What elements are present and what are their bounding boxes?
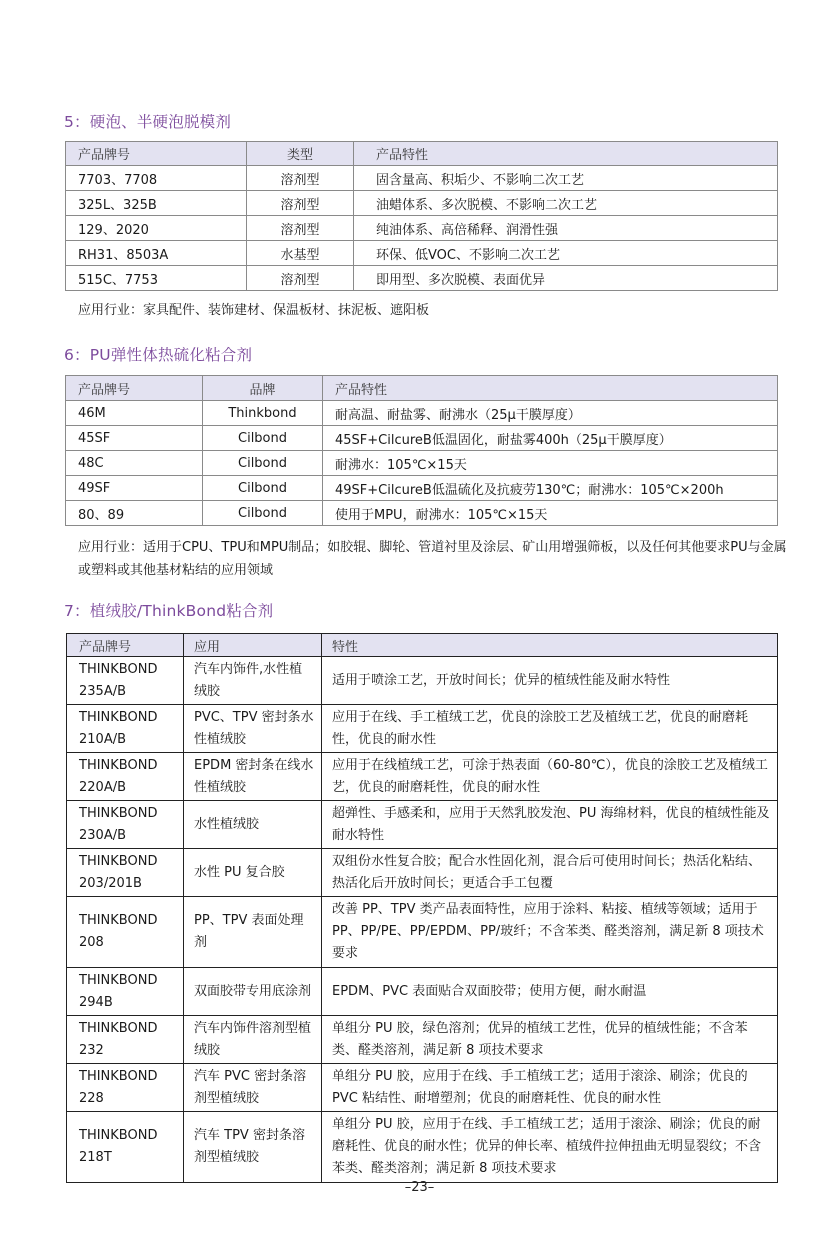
cell-code: 46M (66, 401, 203, 426)
section-6-title: 6：PU弹性体热硫化粘合剂 (64, 343, 252, 365)
cell-type: 溶剂型 (247, 266, 354, 291)
cell-features: 单组分 PU 胶，应用于在线、手工植绒工艺；适用于滚涂、刷涂；优良的 PVC 粘… (322, 1064, 778, 1112)
header-type: 类型 (247, 142, 354, 166)
table-row: THINKBOND 228 汽车 PVC 密封条溶剂型植绒胶 单组分 PU 胶，… (67, 1064, 778, 1112)
cell-type: 溶剂型 (247, 191, 354, 216)
section-6-table: 产品牌号 品牌 产品特性 46M Thinkbond 耐高温、耐盐雾、耐沸水（2… (65, 375, 778, 526)
table-row: 7703、7708 溶剂型 固含量高、积垢少、不影响二次工艺 (66, 166, 778, 191)
cell-type: 溶剂型 (247, 166, 354, 191)
cell-application: EPDM 密封条在线水性植绒胶 (184, 753, 322, 801)
table-row: 515C、7753 溶剂型 即用型、多次脱模、表面优异 (66, 266, 778, 291)
table-row: 129、2020 溶剂型 纯油体系、高倍稀释、润滑性强 (66, 216, 778, 241)
table-row: THINKBOND 203/201B 水性 PU 复合胶 双组份水性复合胶；配合… (67, 849, 778, 897)
table-row: 325L、325B 溶剂型 油蜡体系、多次脱模、不影响二次工艺 (66, 191, 778, 216)
table-row: THINKBOND 210A/B PVC、TPV 密封条水性植绒胶 应用于在线、… (67, 705, 778, 753)
cell-features: 单组分 PU 胶，绿色溶剂；优异的植绒工艺性，优异的植绒性能；不含苯类、醛类溶剂… (322, 1016, 778, 1064)
table-row: 48C Cilbond 耐沸水：105℃×15天 (66, 451, 778, 476)
cell-features: 耐沸水：105℃×15天 (323, 451, 778, 476)
cell-application: 水性 PU 复合胶 (184, 849, 322, 897)
cell-code: RH31、8503A (66, 241, 247, 266)
cell-features: 耐高温、耐盐雾、耐沸水（25μ干膜厚度） (323, 401, 778, 426)
cell-features: 油蜡体系、多次脱模、不影响二次工艺 (354, 191, 778, 216)
table-row: 49SF Cilbond 49SF+CilcureB低温硫化及抗疲劳130℃；耐… (66, 476, 778, 501)
cell-code: 48C (66, 451, 203, 476)
header-brand: 品牌 (203, 376, 323, 401)
header-application: 应用 (184, 634, 322, 657)
table-header-row: 产品牌号 应用 特性 (67, 634, 778, 657)
section-5-table: 产品牌号 类型 产品特性 7703、7708 溶剂型 固含量高、积垢少、不影响二… (65, 141, 778, 291)
table-row: THINKBOND 218T 汽车 TPV 密封条溶剂型植绒胶 单组分 PU 胶… (67, 1112, 778, 1183)
cell-application: 汽车内饰件,水性植绒胶 (184, 657, 322, 705)
header-features: 特性 (322, 634, 778, 657)
table-row: THINKBOND 232 汽车内饰件溶剂型植绒胶 单组分 PU 胶，绿色溶剂；… (67, 1016, 778, 1064)
table-row: THINKBOND 235A/B 汽车内饰件,水性植绒胶 适用于喷涂工艺，开放时… (67, 657, 778, 705)
cell-brand: Cilbond (203, 476, 323, 501)
cell-code: THINKBOND 203/201B (67, 849, 184, 897)
header-product-code: 产品牌号 (67, 634, 184, 657)
section-6-application: 应用行业：适用于CPU、TPU和MPU制品；如胶辊、脚轮、管道衬里及涂层、矿山用… (78, 536, 788, 582)
cell-brand: Cilbond (203, 426, 323, 451)
cell-code: 49SF (66, 476, 203, 501)
cell-code: 325L、325B (66, 191, 247, 216)
header-features: 产品特性 (323, 376, 778, 401)
section-7-title: 7：植绒胶/ThinkBond粘合剂 (64, 599, 273, 621)
cell-application: 汽车 PVC 密封条溶剂型植绒胶 (184, 1064, 322, 1112)
table-row: 80、89 Cilbond 使用于MPU，耐沸水：105℃×15天 (66, 501, 778, 526)
document-page: 5：硬泡、半硬泡脱模剂 产品牌号 类型 产品特性 7703、7708 溶剂型 固… (0, 0, 839, 1240)
cell-code: 129、2020 (66, 216, 247, 241)
table-header-row: 产品牌号 类型 产品特性 (66, 142, 778, 166)
cell-features: EPDM、PVC 表面贴合双面胶带；使用方便，耐水耐温 (322, 968, 778, 1016)
table-row: 45SF Cilbond 45SF+CilcureB低温固化，耐盐雾400h（2… (66, 426, 778, 451)
cell-features: 超弹性、手感柔和，应用于天然乳胶发泡、PU 海绵材料，优良的植绒性能及耐水特性 (322, 801, 778, 849)
cell-features: 应用于在线植绒工艺，可涂于热表面（60-80℃），优良的涂胶工艺及植绒工艺，优良… (322, 753, 778, 801)
cell-application: 水性植绒胶 (184, 801, 322, 849)
cell-code: THINKBOND 230A/B (67, 801, 184, 849)
cell-code: 515C、7753 (66, 266, 247, 291)
table-row: RH31、8503A 水基型 环保、低VOC、不影响二次工艺 (66, 241, 778, 266)
cell-features: 45SF+CilcureB低温固化，耐盐雾400h（25μ干膜厚度） (323, 426, 778, 451)
cell-features: 适用于喷涂工艺，开放时间长；优异的植绒性能及耐水特性 (322, 657, 778, 705)
cell-brand: Cilbond (203, 501, 323, 526)
table-row: THINKBOND 208 PP、TPV 表面处理剂 改善 PP、TPV 类产品… (67, 897, 778, 968)
cell-features: 49SF+CilcureB低温硫化及抗疲劳130℃；耐沸水：105℃×200h (323, 476, 778, 501)
table-header-row: 产品牌号 品牌 产品特性 (66, 376, 778, 401)
cell-code: THINKBOND 210A/B (67, 705, 184, 753)
cell-application: 汽车 TPV 密封条溶剂型植绒胶 (184, 1112, 322, 1183)
cell-code: 7703、7708 (66, 166, 247, 191)
cell-code: THINKBOND 232 (67, 1016, 184, 1064)
cell-features: 单组分 PU 胶，应用于在线、手工植绒工艺；适用于滚涂、刷涂；优良的耐磨耗性、优… (322, 1112, 778, 1183)
header-product-code: 产品牌号 (66, 142, 247, 166)
cell-code: 80、89 (66, 501, 203, 526)
header-features: 产品特性 (354, 142, 778, 166)
cell-features: 纯油体系、高倍稀释、润滑性强 (354, 216, 778, 241)
cell-code: 45SF (66, 426, 203, 451)
cell-code: THINKBOND 228 (67, 1064, 184, 1112)
cell-features: 使用于MPU，耐沸水：105℃×15天 (323, 501, 778, 526)
header-product-code: 产品牌号 (66, 376, 203, 401)
section-5-title: 5：硬泡、半硬泡脱模剂 (64, 110, 231, 132)
cell-features: 应用于在线、手工植绒工艺，优良的涂胶工艺及植绒工艺，优良的耐磨耗性，优良的耐水性 (322, 705, 778, 753)
table-row: 46M Thinkbond 耐高温、耐盐雾、耐沸水（25μ干膜厚度） (66, 401, 778, 426)
cell-code: THINKBOND 208 (67, 897, 184, 968)
cell-code: THINKBOND 220A/B (67, 753, 184, 801)
cell-features: 即用型、多次脱模、表面优异 (354, 266, 778, 291)
cell-features: 改善 PP、TPV 类产品表面特性，应用于涂料、粘接、植绒等领域；适用于 PP、… (322, 897, 778, 968)
cell-type: 水基型 (247, 241, 354, 266)
cell-features: 环保、低VOC、不影响二次工艺 (354, 241, 778, 266)
section-5-application: 应用行业：家具配件、装饰建材、保温板材、抹泥板、遮阳板 (78, 299, 788, 322)
table-row: THINKBOND 220A/B EPDM 密封条在线水性植绒胶 应用于在线植绒… (67, 753, 778, 801)
cell-application: 双面胶带专用底涂剂 (184, 968, 322, 1016)
section-7-table: 产品牌号 应用 特性 THINKBOND 235A/B 汽车内饰件,水性植绒胶 … (66, 633, 778, 1183)
cell-brand: Cilbond (203, 451, 323, 476)
cell-code: THINKBOND 218T (67, 1112, 184, 1183)
cell-type: 溶剂型 (247, 216, 354, 241)
cell-features: 固含量高、积垢少、不影响二次工艺 (354, 166, 778, 191)
table-row: THINKBOND 294B 双面胶带专用底涂剂 EPDM、PVC 表面贴合双面… (67, 968, 778, 1016)
cell-application: PP、TPV 表面处理剂 (184, 897, 322, 968)
cell-code: THINKBOND 294B (67, 968, 184, 1016)
page-number: –23– (0, 1180, 839, 1195)
cell-application: PVC、TPV 密封条水性植绒胶 (184, 705, 322, 753)
table-row: THINKBOND 230A/B 水性植绒胶 超弹性、手感柔和，应用于天然乳胶发… (67, 801, 778, 849)
cell-features: 双组份水性复合胶；配合水性固化剂，混合后可使用时间长；热活化粘结、热活化后开放时… (322, 849, 778, 897)
cell-application: 汽车内饰件溶剂型植绒胶 (184, 1016, 322, 1064)
cell-code: THINKBOND 235A/B (67, 657, 184, 705)
cell-brand: Thinkbond (203, 401, 323, 426)
